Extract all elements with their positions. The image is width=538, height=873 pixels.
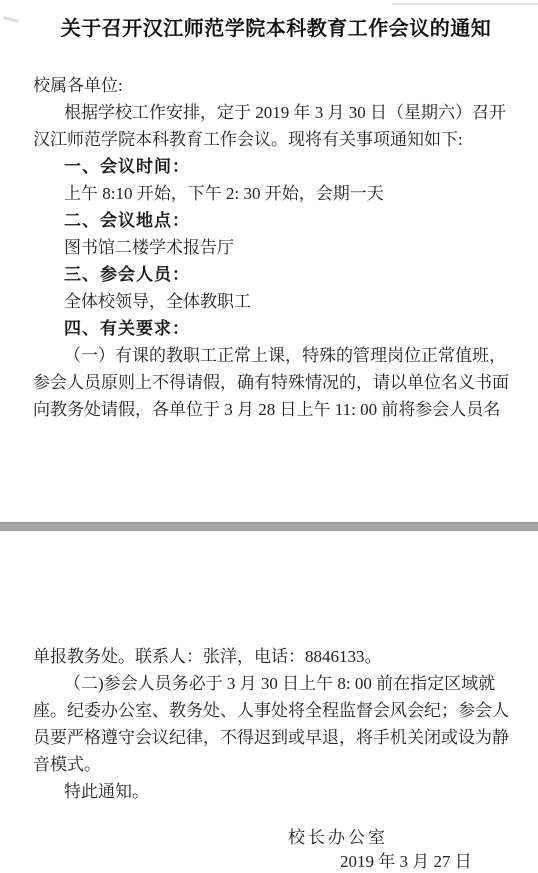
attendees-value: 全体校领导，全体教职工 (33, 288, 505, 315)
opening-paragraph-line-1: 根据学校工作安排，定于 2019 年 3 月 30 日（星期六）召开 (33, 99, 505, 126)
requirement-1-line-4: 单报教务处。联系人：张洋，电话：8846133。 (33, 643, 505, 670)
requirement-2-line-1: （二)参会人员务必于 3 月 30 日上午 8: 00 前在指定区域就 (33, 670, 505, 697)
page-separator-bar (0, 522, 538, 531)
opening-paragraph-line-2: 汉江师范学院本科教育工作会议。现将有关事项通知如下: (33, 126, 505, 153)
scan-artifact-top-right (392, 3, 538, 5)
notice-body-page2: 单报教务处。联系人：张洋，电话：8846133。 （二)参会人员务必于 3 月 … (33, 643, 505, 805)
scanned-notice-page: { "notice": { "title": "关于召开汉江师范学院本科教育工作… (0, 0, 538, 873)
notice-body-page1: 校属各单位: 根据学校工作安排，定于 2019 年 3 月 30 日（星期六）召… (33, 72, 505, 423)
signature-date: 2019 年 3 月 27 日 (340, 848, 472, 873)
requirement-1-line-1: （一）有课的教职工正常上课，特殊的管理岗位正常值班， (33, 342, 505, 369)
salutation-line: 校属各单位: (33, 72, 505, 99)
notice-title: 关于召开汉江师范学院本科教育工作会议的通知 (0, 12, 538, 41)
requirement-2-line-2: 座。纪委办公室、教务处、人事处将全程监督会风会纪；参会人 (33, 697, 505, 724)
closing-line: 特此通知。 (33, 778, 505, 805)
heading-meeting-time: 一、会议时间： (33, 153, 505, 180)
heading-attendees: 三、参会人员： (33, 261, 505, 288)
requirement-2-line-3: 员要严格遵守会议纪律，不得迟到或早退，将手机关闭或设为静 (33, 724, 505, 751)
requirement-2-line-4: 音模式。 (33, 751, 505, 778)
requirement-1-line-2: 参会人员原则上不得请假，确有特殊情况的，请以单位名义书面 (33, 369, 505, 396)
signature-organization: 校长办公室 (288, 824, 388, 851)
heading-meeting-place: 二、会议地点： (33, 207, 505, 234)
meeting-time-value: 上午 8:10 开始，下午 2: 30 开始，会期一天 (33, 180, 505, 207)
heading-requirements: 四、有关要求： (33, 315, 505, 342)
requirement-1-line-3: 向教务处请假，各单位于 3 月 28 日上午 11: 00 前将参会人员名 (33, 396, 505, 423)
meeting-place-value: 图书馆二楼学术报告厅 (33, 234, 505, 261)
